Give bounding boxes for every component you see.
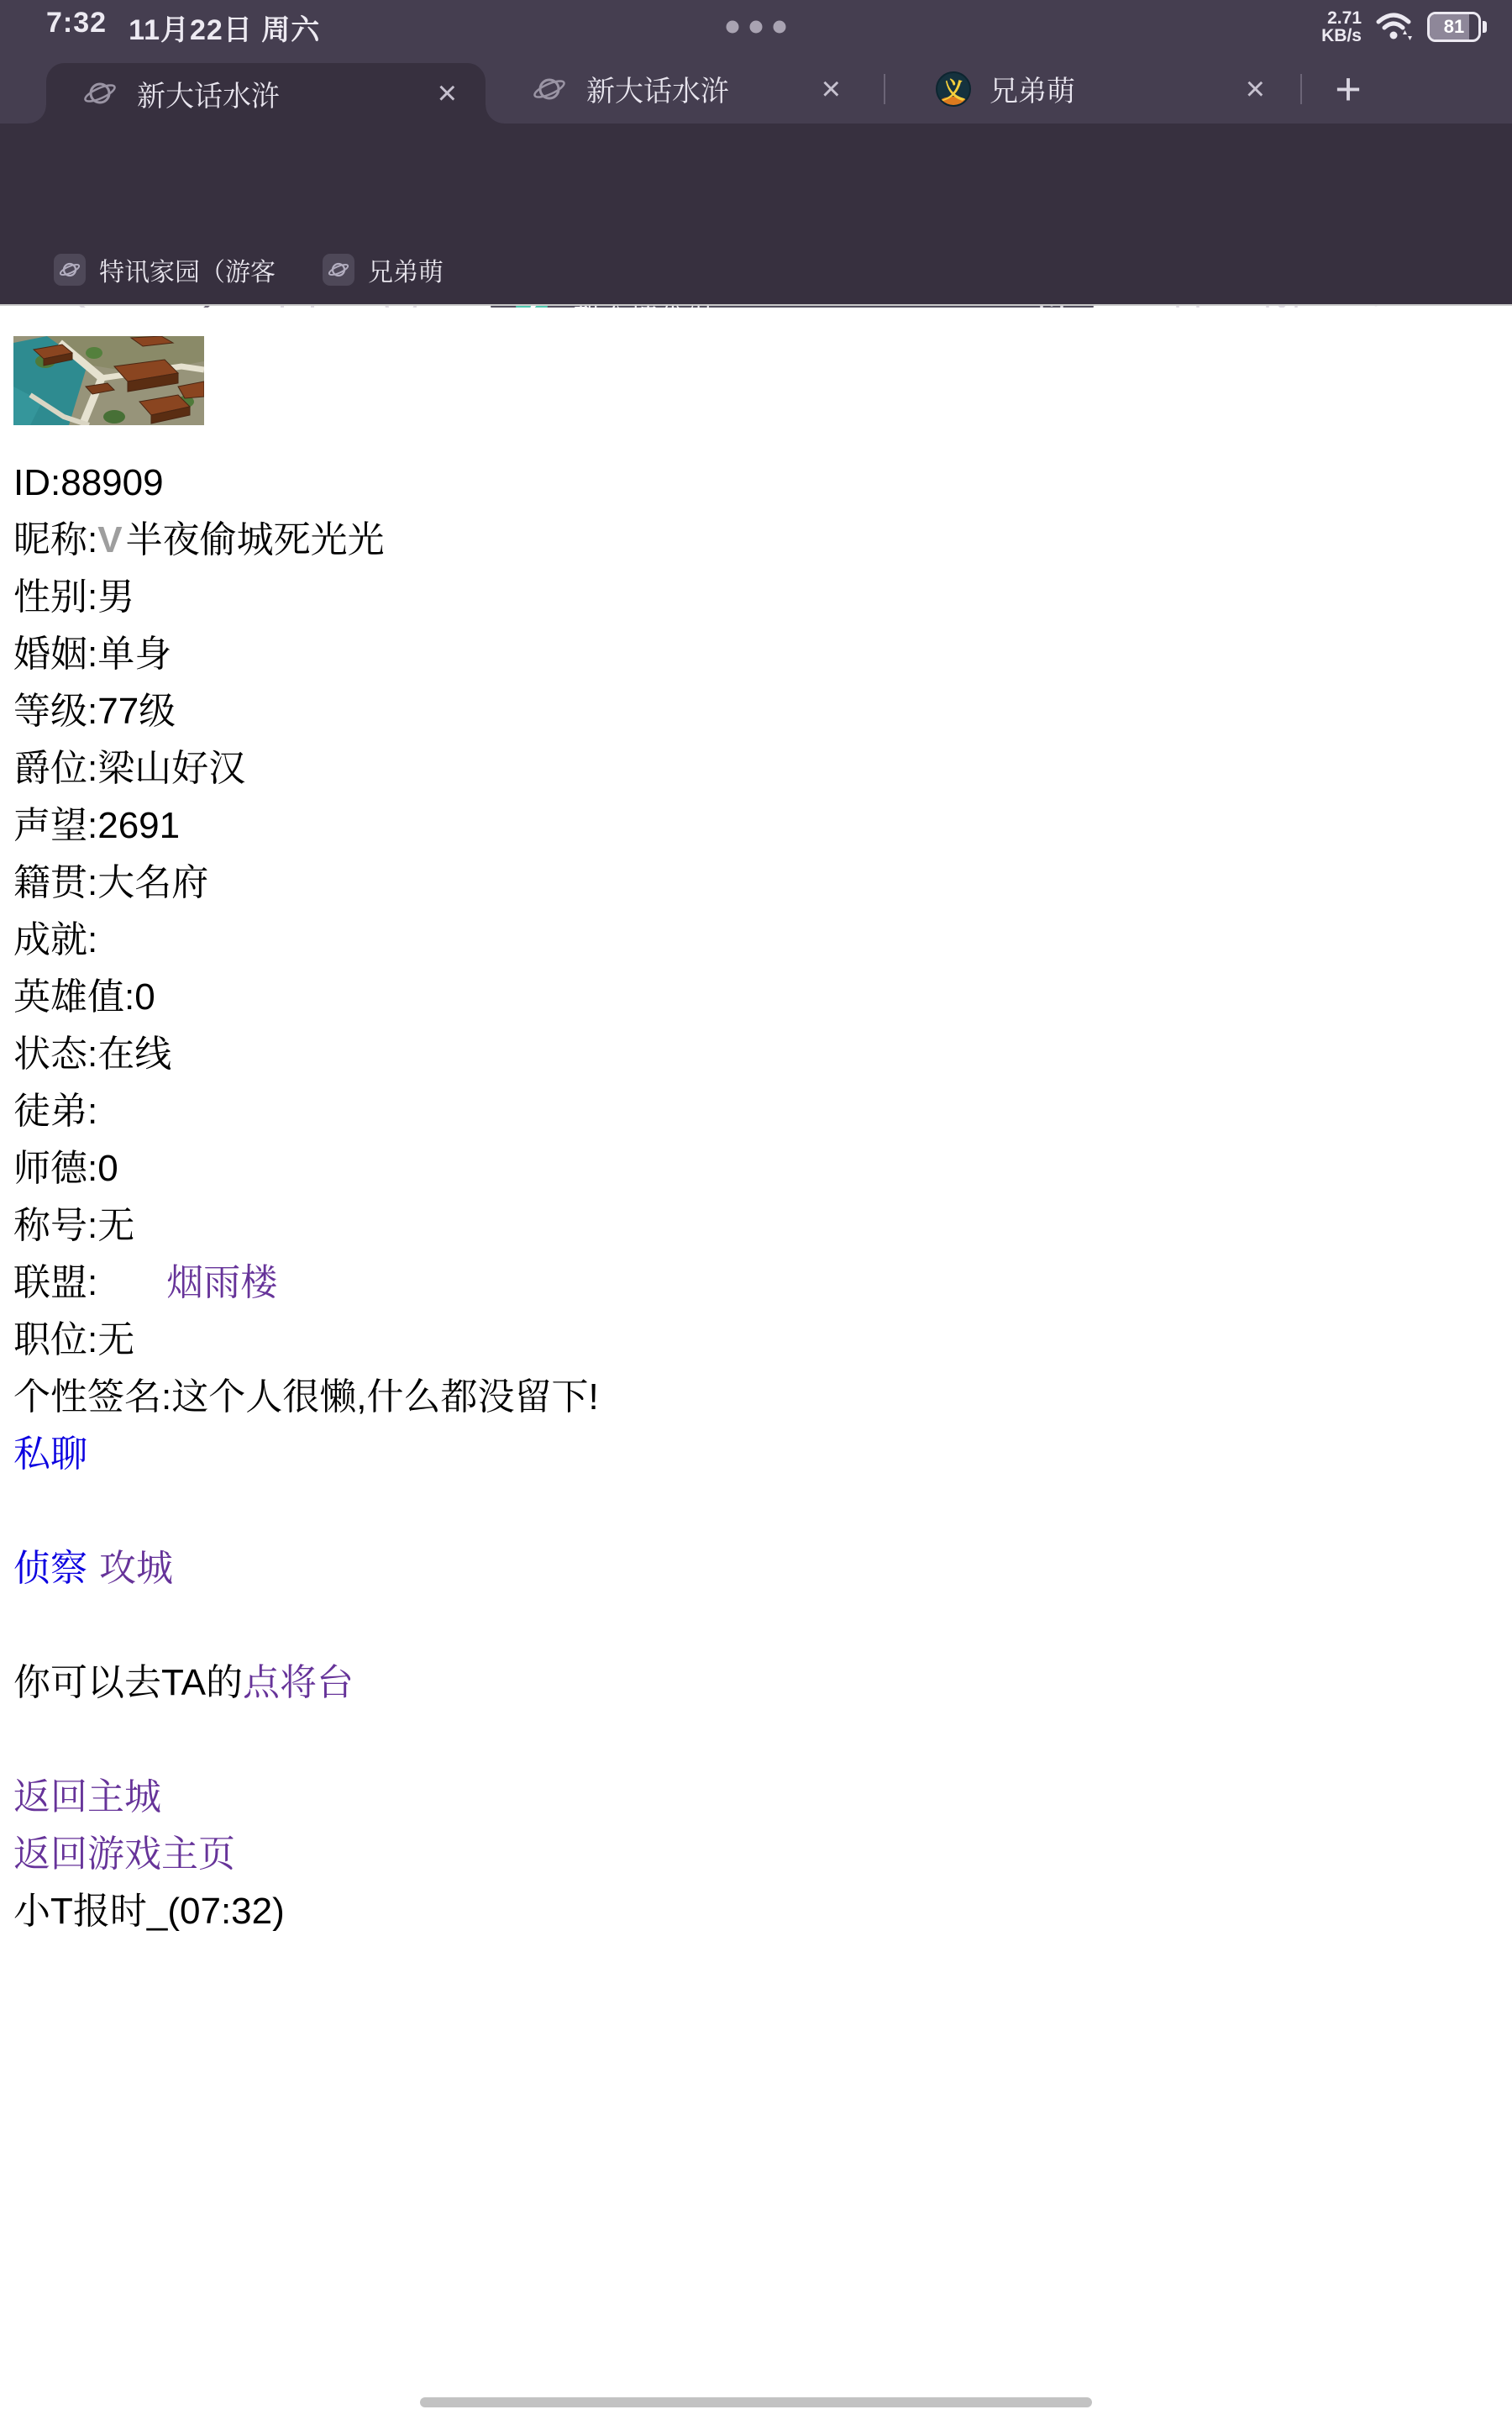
back-to-city-link[interactable]: 返回主城	[13, 1776, 161, 1818]
wifi-icon	[1375, 10, 1414, 44]
profile-alliance: 联盟:烟雨楼	[13, 1255, 1512, 1312]
status-date: 11月22日 周六	[129, 7, 320, 48]
home-gesture-bar[interactable]	[420, 2397, 1092, 2407]
status-center-dots-icon	[727, 21, 786, 34]
time-report-line: 小T报时_(07:32)	[13, 1883, 1512, 1940]
blank-line	[13, 1483, 1512, 1540]
player-city-image	[13, 336, 204, 425]
back-to-game-home-link[interactable]: 返回游戏主页	[13, 1833, 235, 1875]
profile-level: 等级:77级	[13, 683, 1512, 740]
profile-apprentice: 徒弟:	[13, 1083, 1512, 1140]
tab-divider	[884, 74, 885, 104]
bookmark-label: 特讯家园（游客	[99, 251, 276, 288]
profile-gender: 性别:男	[13, 569, 1512, 626]
muster-stage-link[interactable]: 点将台	[243, 1662, 354, 1703]
page-content: ID:88909 昵称:V半夜偷城死光光 性别:男 婚姻:单身 等级:77级 爵…	[0, 308, 1512, 2420]
battery-icon: 81	[1427, 12, 1487, 42]
profile-status: 状态:在线	[13, 1026, 1512, 1083]
status-left: 7:32 11月22日 周六	[46, 7, 320, 48]
profile-nickname: 昵称:V半夜偷城死光光	[13, 512, 1512, 569]
profile-signature: 个性签名:这个人很懒,什么都没留下!	[13, 1369, 1512, 1426]
back-city-line: 返回主城	[13, 1769, 1512, 1826]
bookmark-item-xiongdimeng[interactable]: 兄弟萌	[323, 251, 444, 288]
close-icon[interactable]: ×	[1246, 72, 1265, 106]
close-icon[interactable]: ×	[822, 72, 841, 106]
profile-master-virtue: 师德:0	[13, 1140, 1512, 1197]
tab-xindahua-2[interactable]: 新大话水浒 ×	[496, 54, 869, 124]
profile-title: 称号:无	[13, 1197, 1512, 1255]
tab-divider	[1300, 74, 1302, 104]
bookmarks-bar: 特讯家园（游客 兄弟萌	[0, 235, 1512, 306]
profile-rank: 爵位:梁山好汉	[13, 740, 1512, 797]
goto-line: 你可以去TA的点将台	[13, 1655, 1512, 1712]
private-chat-link[interactable]: 私聊	[13, 1434, 87, 1475]
status-bar: 7:32 11月22日 周六 2.71 KB/s	[0, 0, 1512, 54]
vip-badge: V	[97, 519, 122, 560]
back-home-line: 返回游戏主页	[13, 1826, 1512, 1883]
profile-reputation: 声望:2691	[13, 797, 1512, 855]
tab-xindahua-1[interactable]: 新大话水浒 ×	[46, 63, 486, 124]
game-badge-icon: 义	[936, 71, 971, 107]
status-right: 2.71 KB/s 81	[1321, 9, 1487, 45]
close-icon[interactable]: ×	[438, 76, 457, 110]
tab-strip: 新大话水浒 × 新大话水浒 × 义 兄弟萌 × +	[0, 54, 1512, 124]
tab-xiongdimeng[interactable]: 义 兄弟萌 ×	[900, 54, 1294, 124]
tab-title: 兄弟萌	[990, 68, 1217, 109]
player-profile: ID:88909 昵称:V半夜偷城死光光 性别:男 婚姻:单身 等级:77级 爵…	[13, 455, 1512, 1940]
network-speed: 2.71 KB/s	[1321, 9, 1362, 45]
browser-window: 7:32 11月22日 周六 2.71 KB/s	[0, 0, 1512, 2420]
profile-hero-value: 英雄值:0	[13, 969, 1512, 1026]
bookmark-label: 兄弟萌	[368, 251, 444, 288]
scout-siege-line: 侦察攻城	[13, 1540, 1512, 1597]
browser-toolbar: 新大话水浒	[0, 124, 1512, 235]
profile-id: ID:88909	[13, 455, 1512, 512]
profile-marriage: 婚姻:单身	[13, 626, 1512, 683]
new-tab-button[interactable]: +	[1319, 54, 1378, 124]
alliance-link[interactable]: 烟雨楼	[166, 1262, 277, 1303]
private-chat-line: 私聊	[13, 1426, 1512, 1483]
profile-position: 职位:无	[13, 1312, 1512, 1369]
blank-line	[13, 1597, 1512, 1655]
planet-icon	[81, 75, 118, 112]
profile-achievement: 成就:	[13, 912, 1512, 969]
bookmark-item-texun[interactable]: 特讯家园（游客	[54, 251, 276, 288]
status-time: 7:32	[46, 7, 107, 48]
tab-title: 新大话水浒	[137, 73, 409, 114]
planet-icon	[531, 71, 568, 108]
planet-icon	[323, 254, 354, 286]
siege-link[interactable]: 攻城	[99, 1548, 173, 1589]
profile-birthplace: 籍贯:大名府	[13, 855, 1512, 912]
blank-line	[13, 1712, 1512, 1769]
battery-percent: 81	[1444, 16, 1464, 38]
planet-icon	[54, 254, 86, 286]
tab-title: 新大话水浒	[586, 68, 793, 109]
scout-link[interactable]: 侦察	[13, 1548, 87, 1589]
